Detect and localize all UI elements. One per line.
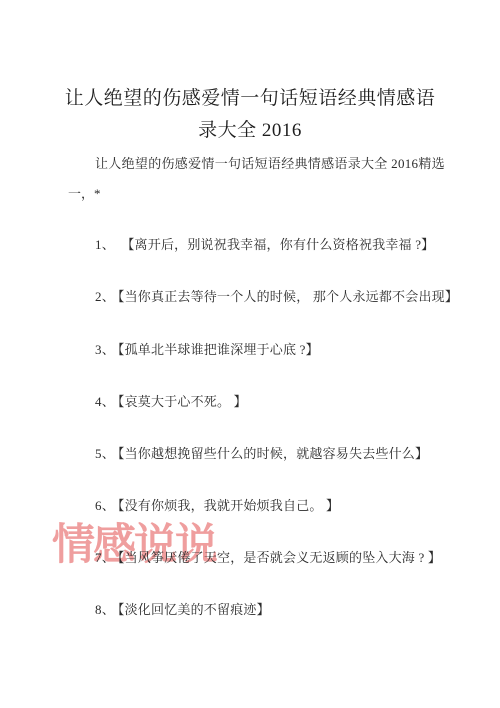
item-number: 7、 bbox=[95, 550, 115, 565]
item-text: 【当风筝厌倦了天空，是否就会义无返顾的坠入大海 ? 】 bbox=[118, 550, 441, 565]
item-number: 4、 bbox=[95, 394, 115, 409]
item-text: 【当你真正去等待一个人的时候， 那个人永远都不会出现】 bbox=[118, 289, 458, 304]
item-text: 【没有你烦我，我就开始烦我自己。 】 bbox=[118, 498, 339, 513]
item-number: 5、 bbox=[95, 446, 115, 461]
quote-item-8: 8、【淡化回忆美的不留痕迹】 bbox=[95, 602, 460, 618]
page-title: 让人绝望的伤感爱情一句话短语经典情感语录大全 2016 bbox=[58, 83, 442, 147]
item-number: 2、 bbox=[95, 289, 115, 304]
item-text: 【淡化回忆美的不留痕迹】 bbox=[118, 602, 270, 617]
quote-item-5: 5、【当你越想挽留些什么的时候，就越容易失去些什么】 bbox=[95, 446, 460, 462]
item-text: 【离开后，别说祝我幸福，你有什么资格祝我幸福 ?】 bbox=[118, 237, 434, 252]
section-marker: 一，* bbox=[68, 186, 101, 202]
item-number: 8、 bbox=[95, 602, 115, 617]
item-text: 【当你越想挽留些什么的时候，就越容易失去些什么】 bbox=[118, 446, 428, 461]
item-number: 6、 bbox=[95, 498, 115, 513]
subtitle: 让人绝望的伤感爱情一句话短语经典情感语录大全 2016精选 bbox=[95, 156, 445, 172]
item-number: 3、 bbox=[95, 342, 115, 357]
quote-item-7: 7、【当风筝厌倦了天空，是否就会义无返顾的坠入大海 ? 】 bbox=[95, 550, 460, 566]
document-page: 情感说说 让人绝望的伤感爱情一句话短语经典情感语录大全 2016 让人绝望的伤感… bbox=[0, 0, 500, 708]
item-text: 【孤单北半球谁把谁深埋于心底 ?】 bbox=[118, 342, 319, 357]
item-number: 1、 bbox=[95, 237, 115, 252]
quote-item-4: 4、【哀莫大于心不死。 】 bbox=[95, 394, 460, 410]
quote-item-6: 6、【没有你烦我，我就开始烦我自己。 】 bbox=[95, 498, 460, 514]
item-text: 【哀莫大于心不死。 】 bbox=[118, 394, 247, 409]
quote-item-2: 2、【当你真正去等待一个人的时候， 那个人永远都不会出现】 bbox=[95, 289, 460, 305]
quote-item-3: 3、【孤单北半球谁把谁深埋于心底 ?】 bbox=[95, 342, 460, 358]
quote-item-1: 1、 【离开后，别说祝我幸福，你有什么资格祝我幸福 ?】 bbox=[95, 237, 460, 253]
